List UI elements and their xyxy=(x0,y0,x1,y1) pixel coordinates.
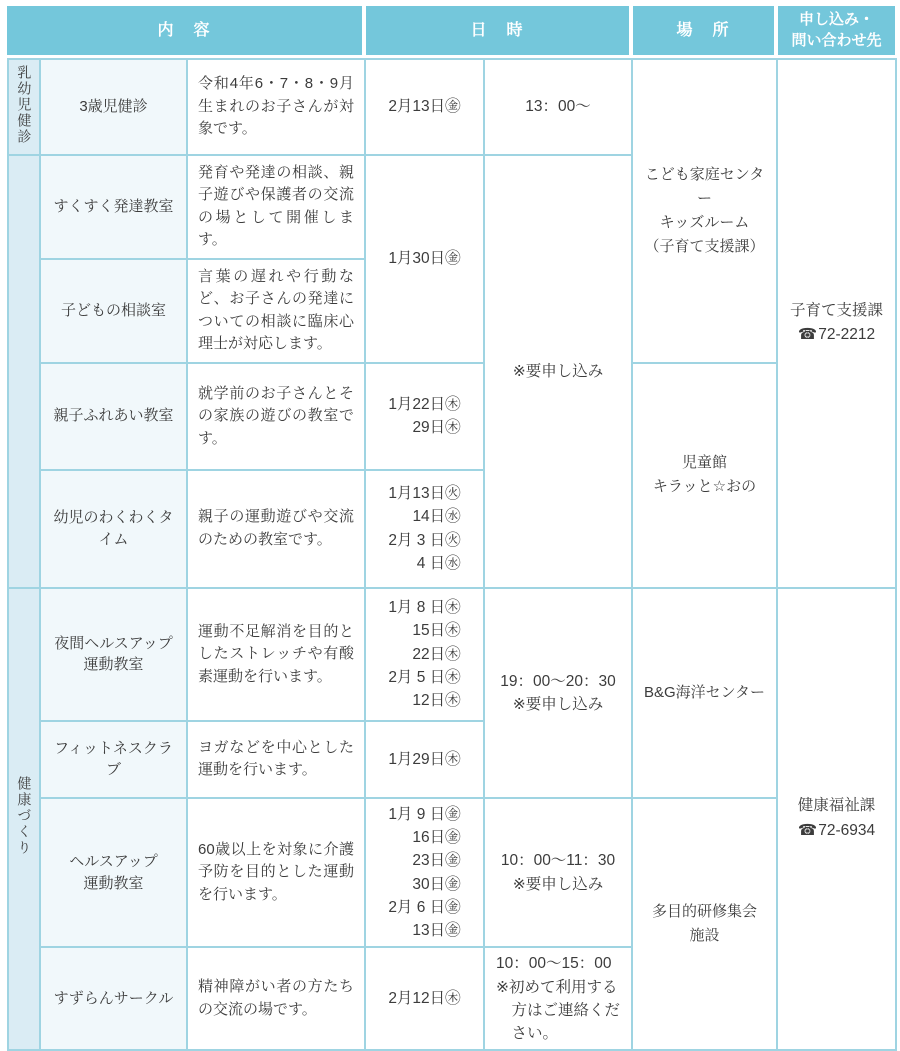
activity-name-cell: 3歳児健診 xyxy=(40,59,187,155)
schedule-page: 内 容 日 時 場 所 申し込み・ 問い合わせ先 乳幼児健診 3歳児健診 令和4… xyxy=(0,0,900,1018)
activity-description-cell: 言葉の遅れや行動など、お子さんの発達についての相談に臨床心理士が対応します。 xyxy=(187,259,365,363)
activity-name-cell: フィットネスクラブ xyxy=(40,721,187,798)
date-list: 2月12日㊍ xyxy=(388,987,460,1010)
date-cell: 1月 8 日㊍ 15日㊍ 22日㊍ 2月 5 日㊍ 12日㊍ xyxy=(365,588,484,721)
contact-phone-line: ☎72-6934 xyxy=(784,819,889,844)
phone-icon: ☎ xyxy=(798,822,817,839)
date-list: 2月13日㊎ xyxy=(388,95,460,118)
place-cell: B&G海洋センター xyxy=(632,588,777,798)
date-cell: 1月30日㊎ xyxy=(365,155,484,363)
category-label: 乳幼児健診 xyxy=(17,65,32,145)
activity-description-cell: 親子の運動遊びや交流のための教室です。 xyxy=(187,470,365,588)
time-cell: 10：00～15：00 ※初めて利用する 方はご連絡くだ さい。 xyxy=(484,947,632,1050)
place-cell: 多目的研修集会 施設 xyxy=(632,798,777,1051)
header-place: 場 所 xyxy=(631,6,776,55)
time-cell: ※要申し込み xyxy=(484,155,632,588)
date-list: 1月13日㊋ 14日㊌ 2月 3 日㊋ 4 日㊌ xyxy=(388,482,460,575)
time-cell: 10：00～11：30 ※要申し込み xyxy=(484,798,632,948)
time-cell: 19：00～20：30 ※要申し込み xyxy=(484,588,632,798)
place-cell: こども家庭センター キッズルーム （子育て支援課） xyxy=(632,59,777,363)
schedule-table: 乳幼児健診 3歳児健診 令和4年6・7・8・9月生まれのお子さんが対象です。 2… xyxy=(7,58,897,1051)
category-cell-health: 健康づくり xyxy=(8,588,40,1051)
activity-description-cell: 運動不足解消を目的としたストレッチや有酸素運動を行います。 xyxy=(187,588,365,721)
place-cell: 児童館 キラッと☆おの xyxy=(632,363,777,588)
header-datetime: 日 時 xyxy=(364,6,631,55)
activity-description-cell: 精神障がい者の方たちの交流の場です。 xyxy=(187,947,365,1050)
activity-name-cell: ヘルスアップ 運動教室 xyxy=(40,798,187,948)
table-header: 内 容 日 時 場 所 申し込み・ 問い合わせ先 xyxy=(7,6,895,55)
date-cell: 2月13日㊎ xyxy=(365,59,484,155)
activity-description-cell: 令和4年6・7・8・9月生まれのお子さんが対象です。 xyxy=(187,59,365,155)
activity-name-cell: すくすく発達教室 xyxy=(40,155,187,259)
activity-description-cell: 発育や発達の相談、親子遊びや保護者の交流の場として開催します。 xyxy=(187,155,365,259)
date-cell: 1月 9 日㊎ 16日㊎ 23日㊎ 30日㊎ 2月 6 日㊎ 13日㊎ xyxy=(365,798,484,948)
category-spacer-cell xyxy=(8,155,40,588)
date-cell: 1月13日㊋ 14日㊌ 2月 3 日㊋ 4 日㊌ xyxy=(365,470,484,588)
date-list: 1月30日㊎ xyxy=(388,247,460,270)
time-note: 10：00～15：00 ※初めて利用する 方はご連絡くだ さい。 xyxy=(496,952,620,1045)
activity-name-cell: 幼児のわくわくタイム xyxy=(40,470,187,588)
table-row: 健康づくり 夜間ヘルスアップ 運動教室 運動不足解消を目的としたストレッチや有酸… xyxy=(8,588,896,721)
date-list: 1月 9 日㊎ 16日㊎ 23日㊎ 30日㊎ 2月 6 日㊎ 13日㊎ xyxy=(388,803,460,943)
phone-icon: ☎ xyxy=(798,326,817,343)
contact-phone-line: ☎72-2212 xyxy=(784,323,889,348)
date-cell: 2月12日㊍ xyxy=(365,947,484,1050)
date-list: 1月 8 日㊍ 15日㊍ 22日㊍ 2月 5 日㊍ 12日㊍ xyxy=(388,596,460,712)
activity-name-cell: 夜間ヘルスアップ 運動教室 xyxy=(40,588,187,721)
phone-number: 72-2212 xyxy=(818,326,875,343)
contact-department: 健康福祉課 xyxy=(784,794,889,819)
table-row: 乳幼児健診 3歳児健診 令和4年6・7・8・9月生まれのお子さんが対象です。 2… xyxy=(8,59,896,155)
category-cell-infant: 乳幼児健診 xyxy=(8,59,40,155)
header-contact: 申し込み・ 問い合わせ先 xyxy=(776,6,895,55)
table-row: ヘルスアップ 運動教室 60歳以上を対象に介護予防を目的とした運動を行います。 … xyxy=(8,798,896,948)
activity-name-cell: 親子ふれあい教室 xyxy=(40,363,187,470)
activity-description-cell: ヨガなどを中心とした運動を行います。 xyxy=(187,721,365,798)
activity-description-cell: 60歳以上を対象に介護予防を目的とした運動を行います。 xyxy=(187,798,365,948)
time-cell: 13：00～ xyxy=(484,59,632,155)
category-label: 健康づくり xyxy=(17,776,32,856)
table-row: 親子ふれあい教室 就学前のお子さんとその家族の遊びの教室です。 1月22日㊍ 2… xyxy=(8,363,896,470)
contact-cell: 子育て支援課 ☎72-2212 xyxy=(777,59,896,588)
contact-cell: 健康福祉課 ☎72-6934 xyxy=(777,588,896,1051)
date-cell: 1月29日㊍ xyxy=(365,721,484,798)
header-content: 内 容 xyxy=(7,6,364,55)
date-list: 1月22日㊍ 29日㊍ xyxy=(388,393,460,440)
date-cell: 1月22日㊍ 29日㊍ xyxy=(365,363,484,470)
activity-name-cell: 子どもの相談室 xyxy=(40,259,187,363)
phone-number: 72-6934 xyxy=(818,822,875,839)
activity-name-cell: すずらんサークル xyxy=(40,947,187,1050)
date-list: 1月29日㊍ xyxy=(388,748,460,771)
activity-description-cell: 就学前のお子さんとその家族の遊びの教室です。 xyxy=(187,363,365,470)
contact-department: 子育て支援課 xyxy=(784,299,889,324)
